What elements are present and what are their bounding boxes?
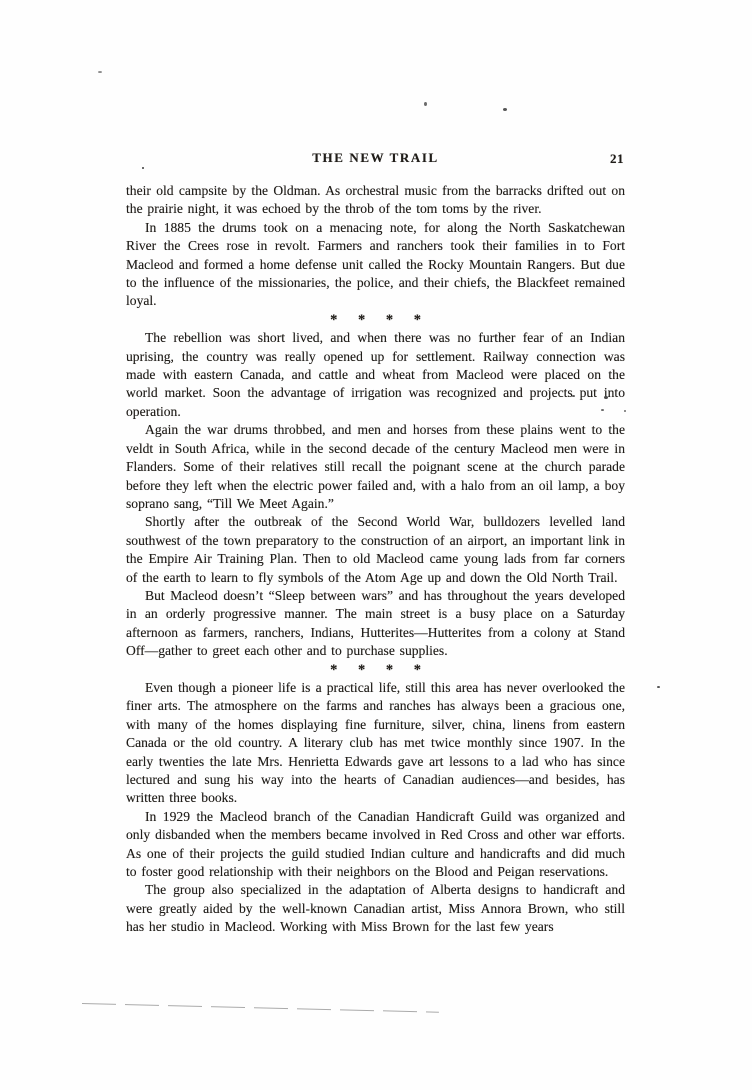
scan-speck bbox=[624, 410, 626, 412]
running-title: THE NEW TRAIL bbox=[126, 150, 625, 166]
asterisk-separator-2: * * * * bbox=[126, 661, 625, 679]
scan-speck bbox=[601, 409, 604, 411]
scan-artifact-line bbox=[82, 1003, 439, 1013]
scan-speck bbox=[604, 396, 608, 399]
paragraph-continuation: their old campsite by the Oldman. As orc… bbox=[126, 182, 625, 219]
page-body: their old campsite by the Oldman. As orc… bbox=[126, 182, 625, 937]
scan-speck bbox=[503, 108, 507, 111]
paragraph-settlement: The rebellion was short lived, and when … bbox=[126, 329, 625, 421]
scan-speck bbox=[657, 686, 660, 688]
scan-speck bbox=[142, 167, 144, 169]
paragraph-second-world-war: Shortly after the outbreak of the Second… bbox=[126, 513, 625, 587]
asterisk-separator-1: * * * * bbox=[126, 311, 625, 329]
scan-speck bbox=[98, 71, 102, 73]
paragraph-1885-rebellion: In 1885 the drums took on a menacing not… bbox=[126, 219, 625, 311]
book-page: THE NEW TRAIL 21 their old campsite by t… bbox=[0, 0, 752, 1090]
scan-speck bbox=[424, 102, 427, 106]
paragraph-main-street: But Macleod doesn’t “Sleep between wars”… bbox=[126, 587, 625, 661]
page-number: 21 bbox=[610, 151, 624, 167]
scan-speck bbox=[572, 395, 575, 397]
paragraph-finer-arts: Even though a pioneer life is a practica… bbox=[126, 679, 625, 808]
paragraph-annora-brown: The group also specialized in the adapta… bbox=[126, 881, 625, 936]
page-header: THE NEW TRAIL 21 bbox=[126, 150, 625, 166]
paragraph-war-drums: Again the war drums throbbed, and men an… bbox=[126, 421, 625, 513]
paragraph-handicraft-guild: In 1929 the Macleod branch of the Canadi… bbox=[126, 808, 625, 882]
